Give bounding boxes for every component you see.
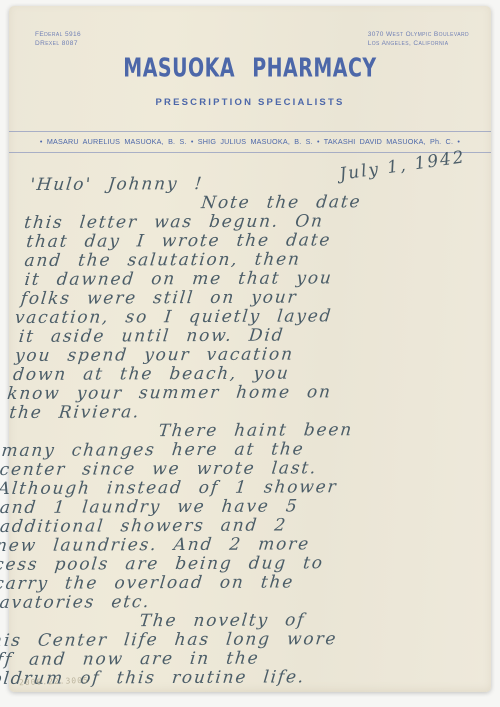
business-name: MASUOKA PHARMACY [123, 53, 376, 83]
handwritten-line: vacation, so I quietly layed [14, 307, 468, 328]
handwritten-line: Note the date [25, 193, 479, 214]
handwritten-line: the Riviera. [4, 402, 458, 423]
handwritten-line: you spend your vacation [10, 345, 464, 366]
handwritten-line: additional showers and 2 [0, 516, 447, 537]
business-tagline: PRESCRIPTION SPECIALISTS [156, 97, 345, 108]
letterhead-rule-top [9, 131, 491, 132]
handwritten-line: and the salutation, then [20, 250, 474, 271]
letterhead-logo-row: MASUOKA PHARMACY [9, 53, 491, 75]
handwritten-line: many changes here at the [1, 440, 455, 461]
handwritten-line: that day I wrote the date [21, 231, 475, 252]
address-line-1: 3070 West Olympic Boulevard [368, 31, 469, 40]
handwritten-line: and 1 laundry we have 5 [0, 497, 449, 518]
address-line-2: Los Angeles, California [368, 40, 469, 49]
handwritten-line: folks were still on your [16, 288, 470, 309]
handwritten-line: There haint been [2, 421, 456, 442]
letter-paper: FEderal 5916 DRexel 8087 3070 West Olymp… [9, 6, 491, 692]
letterhead-tagline-row: PRESCRIPTION SPECIALISTS [9, 92, 491, 110]
pharmacists-names: • MASARU AURELIUS MASUOKA, B. S. • SHIG … [9, 134, 491, 150]
handwritten-line: 'Hulo' Johnny ! [27, 174, 481, 195]
handwritten-line: this letter was begun. On [23, 212, 477, 233]
phone-line-1: FEderal 5916 [35, 31, 81, 40]
handwritten-line: it dawned on me that you [18, 269, 472, 290]
letterhead-phone-numbers: FEderal 5916 DRexel 8087 [35, 31, 81, 48]
handwritten-line: carry the overload on the [0, 573, 441, 594]
handwritten-line: center since we wrote last. [0, 459, 453, 480]
handwritten-line: down at the beach, you [8, 364, 462, 385]
handwritten-line: Although instead of 1 shower [0, 478, 451, 499]
phone-line-2: DRexel 8087 [35, 40, 81, 49]
letterhead-address: 3070 West Olympic Boulevard Los Angeles,… [368, 31, 469, 48]
handwritten-line: know your summer home on [6, 383, 460, 404]
letter-body: 'Hulo' Johnny !Note the datethis letter … [0, 174, 481, 689]
handwritten-line: it aside until now. Did [12, 326, 466, 347]
